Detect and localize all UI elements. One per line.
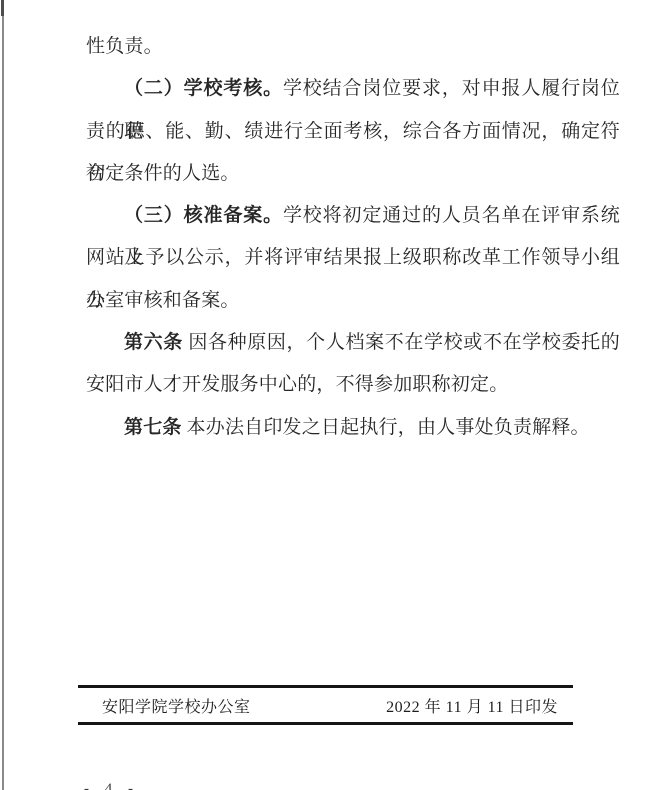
heading-run: 第六条 xyxy=(124,332,183,353)
body-line: 公室审核和备案。 xyxy=(86,280,620,322)
text-run: 因各种原因，个人档案不在学校或不在学校委托的 xyxy=(183,332,620,353)
body-line: （二）学校考核。学校结合岗位要求，对申报人履行岗位职 xyxy=(86,68,620,110)
body-line: （三）核准备案。学校将初定通过的人员名单在评审系统及 xyxy=(86,195,620,237)
body-line: 责的德、能、勤、绩进行全面考核，综合各方面情况，确定符合 xyxy=(86,111,620,153)
colophon-row: 安阳学院学校办公室 2022 年 11 月 11 日印发 xyxy=(78,688,573,722)
body-line: 网站上予以公示，并将评审结果报上级职称改革工作领导小组办 xyxy=(86,237,620,279)
body-line: 性负责。 xyxy=(86,26,620,68)
text-run: 安阳市人才开发服务中心的，不得参加职称初定。 xyxy=(86,374,508,395)
heading-run: （三）核准备案。 xyxy=(124,205,283,226)
heading-run: 第七条 xyxy=(124,417,182,438)
colophon-issuer: 安阳学院学校办公室 xyxy=(102,694,251,717)
body-line: 安阳市人才开发服务中心的，不得参加职称初定。 xyxy=(86,364,620,406)
body-line: 第七条 本办法自印发之日起执行，由人事处负责解释。 xyxy=(86,407,620,449)
page-number: - 4 - xyxy=(84,781,139,790)
text-run: 初定条件的人选。 xyxy=(86,163,240,184)
body-line: 第六条 因各种原因，个人档案不在学校或不在学校委托的 xyxy=(86,322,620,364)
scanned-document-page: 性负责。（二）学校考核。学校结合岗位要求，对申报人履行岗位职责的德、能、勤、绩进… xyxy=(0,0,658,790)
text-run: 性负责。 xyxy=(86,36,163,57)
scan-edge-corner-mark xyxy=(1,0,4,16)
text-run: 本办法自印发之日起执行，由人事处负责解释。 xyxy=(182,417,590,438)
text-run: 公室审核和备案。 xyxy=(86,290,240,311)
body-line: 初定条件的人选。 xyxy=(86,153,620,195)
colophon-print-date: 2022 年 11 月 11 日印发 xyxy=(386,694,558,717)
document-body-text: 性负责。（二）学校考核。学校结合岗位要求，对申报人履行岗位职责的德、能、勤、绩进… xyxy=(86,26,620,449)
colophon-rule-bottom xyxy=(78,722,573,725)
scan-edge-line xyxy=(2,0,4,790)
heading-run: （二）学校考核。 xyxy=(124,78,283,99)
